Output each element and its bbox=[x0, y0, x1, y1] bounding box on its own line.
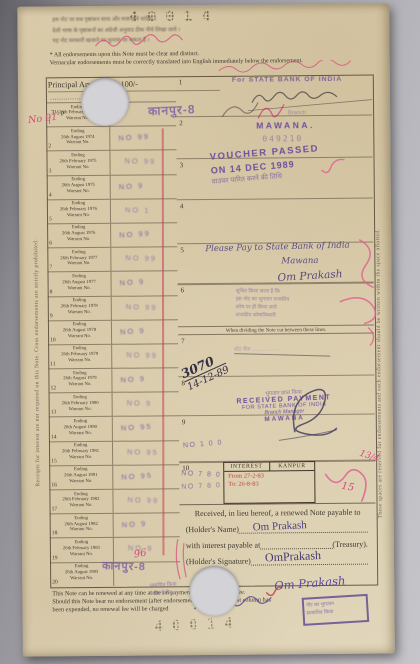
warrant-stamp-cell: NO 9 bbox=[111, 175, 177, 199]
kanpur8-stamp-bottom: कानपुर-8 bbox=[102, 558, 146, 574]
notice-line-2: Vernacular endorsements must be correctl… bbox=[50, 57, 386, 68]
endorsement-row: 4 bbox=[177, 199, 373, 245]
warrant-stamp-cell: NO 1 bbox=[111, 199, 177, 223]
branch-stamp: Branch bbox=[288, 110, 306, 116]
endorsement-row-number: 9 bbox=[182, 418, 186, 426]
row6-hindi-stamp: सूचित किया जाता है कि इस नोट का भुगतान र… bbox=[236, 287, 290, 320]
warrant-row: Ending 26th August 1974 Warrant No. 2 NO… bbox=[46, 125, 176, 150]
warrant-stamp-cell: NO 95 bbox=[113, 465, 179, 489]
warrant-row: Ending 26th February 1981 Warrant No. 15… bbox=[49, 440, 179, 465]
blh-2: जाता है कि bbox=[150, 589, 177, 598]
warrant-stamp-cell: NO 9 bbox=[112, 320, 178, 344]
warrant-no-label: Warrant No. bbox=[48, 310, 111, 316]
warrant-number: 16 bbox=[51, 482, 57, 489]
warrant-no-label: Warrant No. bbox=[48, 382, 111, 388]
no-stamp: NO 99 bbox=[126, 302, 158, 312]
warrant-no-label: Warrant No. bbox=[48, 358, 111, 364]
warrant-label: Ending 26th February 1982 Warrant No. 17 bbox=[49, 490, 113, 514]
endorsement-row-number: 2 bbox=[179, 119, 183, 127]
warrant-row: Ending 26th August 1982 Warrant No. 18 N… bbox=[50, 512, 180, 537]
interest-box-title: INTEREST bbox=[224, 462, 270, 470]
warrant-stamp-cell: NO 9 bbox=[112, 368, 178, 392]
notice-block: * All endorsements upon this Note must b… bbox=[50, 49, 386, 68]
no-stamp: NO 99 bbox=[118, 132, 150, 143]
received-line1: Received, in lieu hereof, a renewed Note… bbox=[180, 508, 376, 519]
warrant-number: 10 bbox=[50, 337, 56, 344]
warrant-no-label: Warrant No. bbox=[47, 213, 110, 219]
no-stamp: NO 95 bbox=[121, 422, 153, 433]
warrant-no-label: Warrant No. bbox=[48, 334, 111, 340]
row6-hindi-4: राजकीय कोषाधिकारी bbox=[236, 311, 289, 320]
warrant-number: 9 bbox=[50, 313, 53, 320]
warrant-label: Ending 26th August 1976 Warrant No. 6 bbox=[47, 224, 111, 248]
no-stamp: NO 99 bbox=[125, 253, 157, 263]
pink-mark-15: 15 bbox=[341, 481, 355, 494]
warrant-stamp-cell: NO 99 bbox=[112, 344, 178, 368]
warrant-no-label: Warrant No. bbox=[49, 406, 112, 412]
warrant-no-label: Warrant No. bbox=[50, 503, 113, 509]
warrant-number: 7 bbox=[49, 265, 52, 272]
no-stamp: NO 9 bbox=[119, 277, 145, 288]
warrant-stamp-cell: NO 99 bbox=[112, 296, 178, 320]
warrant-label: Ending 26th August 1981 Warrant No. 16 bbox=[49, 466, 113, 490]
no-stamp: NO 9 bbox=[121, 519, 147, 530]
warrant-number: 19 bbox=[52, 555, 58, 562]
warrant-label: Ending 26th February 1979 Warrant No. 11 bbox=[48, 345, 112, 369]
warrant-label: Ending 26th August 1975 Warrant No. 4 bbox=[47, 175, 111, 199]
hindi-header-block: इस नोट पर सब पृष्ठांकन साफ और स्पष्ट होन… bbox=[52, 14, 257, 48]
warrant-stamp-cell: NO 99 bbox=[110, 151, 176, 175]
pay-order-line2: Mawana bbox=[281, 256, 318, 266]
document-paper: 40014 इस नोट पर सब पृष्ठांकन साफ और स्पष… bbox=[17, 3, 395, 656]
warrant-row: Ending 26th August 1978 Warrant No. 10 N… bbox=[48, 319, 178, 344]
warrant-row: Ending 26th August 1977 Warrant No. 8 NO… bbox=[47, 271, 177, 296]
mawana-stamp: MAWANA. bbox=[256, 120, 315, 131]
endorsement-row-number: 1 bbox=[179, 78, 183, 86]
holder-signature-label: (Holder's Signature) bbox=[186, 557, 251, 567]
row7-faint-stamp: स्टेट बैंक …………… bbox=[234, 344, 279, 352]
no-stamp: NO 99 bbox=[124, 157, 156, 167]
no-stamp: NO 99 bbox=[127, 495, 159, 505]
warrant-label: Ending 26th August 1977 Warrant No. 8 bbox=[47, 272, 111, 296]
warrant-row: Ending 26th February 1975 Warrant No. 3 … bbox=[46, 150, 176, 175]
warrant-no-label: Warrant No. bbox=[46, 140, 109, 146]
warrant-number: 14 bbox=[51, 434, 57, 441]
warrant-number: 20 bbox=[52, 579, 58, 586]
no-stamp: NO 99 bbox=[126, 350, 158, 360]
warrant-no-label: Warrant No. bbox=[47, 189, 110, 195]
no-stamp: NO 9 bbox=[127, 399, 153, 409]
warrant-no-label: Warrant No. bbox=[48, 285, 111, 291]
warrant-row: Ending 26th February 1978 Warrant No. 9 … bbox=[48, 295, 178, 320]
warrant-number: 13 bbox=[51, 410, 57, 417]
left-margin-note: Receipts for interest are not required o… bbox=[32, 146, 41, 486]
no-stamp: NO 95 bbox=[127, 447, 159, 457]
warrant-stamp-cell: NO 9 bbox=[111, 272, 177, 296]
warrant-no-label: Warrant No. bbox=[47, 164, 110, 170]
warrant-number: 3 bbox=[49, 168, 52, 175]
warrant-number: 4 bbox=[49, 192, 52, 199]
warrant-label: Ending 26th August 1978 Warrant No. 10 bbox=[48, 321, 112, 345]
warrant-stamp-cell: NO 9 bbox=[113, 392, 179, 416]
warrant-label: Ending 26th August 1982 Warrant No. 18 bbox=[50, 514, 114, 538]
punch-hole-bottom bbox=[189, 566, 239, 616]
warrant-no-label: Warrant No. bbox=[50, 527, 113, 533]
warrant-row: Ending 26th February 1976 Warrant No. 5 … bbox=[47, 198, 177, 223]
holder-name-label: (Holder's Name) bbox=[186, 525, 239, 534]
warrant-number: 11 bbox=[50, 361, 55, 368]
no-stamp: NO 1 bbox=[125, 205, 151, 215]
kanpur-box-title: KANPUR bbox=[270, 462, 315, 470]
warrant-stamp-cell: NO 99 bbox=[113, 489, 179, 513]
warrant-row: Ending 26th February 1977 Warrant No. 7 … bbox=[47, 246, 177, 271]
bottom-left-hindi-stamp: प्रमाणित किया जाता है कि bbox=[150, 582, 177, 599]
warrant-number: 5 bbox=[49, 216, 52, 223]
warrant-label: Ending 26th February 1981 Warrant No. 15 bbox=[49, 441, 113, 465]
warrant-label: Ending 26th February 1977 Warrant No. 7 bbox=[47, 248, 111, 272]
warrant-label: Ending 26th August 1979 Warrant No. 12 bbox=[48, 369, 112, 393]
endorsement-row-number: 7 bbox=[181, 337, 185, 345]
warrant-number: 15 bbox=[51, 458, 57, 465]
holder-name-value: Om Prakash bbox=[253, 519, 308, 533]
warrant-no-label: Warrant No. bbox=[49, 431, 112, 437]
treasury-label: (Treasury). bbox=[332, 540, 368, 549]
photo-backdrop: 40014 इस नोट पर सब पृष्ठांकन साफ और स्पष… bbox=[0, 0, 420, 664]
no-stamp: NO 99 bbox=[119, 229, 151, 240]
no-stamp: NO 9 bbox=[120, 326, 146, 337]
warrant-number: 8 bbox=[50, 289, 53, 296]
for-sbi-stamp: For STATE BANK OF INDIA bbox=[232, 76, 342, 84]
serial-number-stamp: 049210 bbox=[262, 134, 303, 143]
warrant-label: Ending 26th February 1975 Warrant No. 3 bbox=[46, 151, 110, 175]
warrant-no-label: Warrant No. bbox=[47, 237, 110, 243]
warrant-row: Ending 26th August 1975 Warrant No. 4 NO… bbox=[47, 174, 177, 199]
endorsement-row-number: 3 bbox=[180, 161, 184, 169]
endorsement-row-number: 6 bbox=[181, 286, 185, 294]
warrant-no-label: Warrant No. bbox=[47, 261, 110, 267]
perforated-serial-bottom: 40014 bbox=[154, 615, 242, 635]
warrant-no-label: Warrant No. bbox=[49, 455, 112, 461]
interest-payable-label: with interest payable at bbox=[186, 541, 260, 551]
holder-signature-value: OmPrakash bbox=[264, 548, 321, 565]
warrant-number: 2 bbox=[48, 144, 51, 151]
warrant-stamp-cell: NO 95 bbox=[113, 441, 179, 465]
warrant-number: 18 bbox=[52, 531, 58, 538]
warrant-row: Ending 26th February 1979 Warrant No. 11… bbox=[48, 343, 178, 368]
warrant-label: Ending 26th August 1980 Warrant No. 14 bbox=[49, 417, 113, 441]
warrant-row: Ending 26th August 1981 Warrant No. 16 N… bbox=[49, 464, 179, 489]
warrant-stamp-cell: NO 9 bbox=[114, 513, 180, 537]
warrant-label: Ending 26th February 1980 Warrant No. 13 bbox=[49, 393, 113, 417]
warrant-table: Ending 26th February 1974 Warrant No. 1 … bbox=[46, 101, 180, 586]
warrant-number: 12 bbox=[50, 386, 56, 393]
bottom-boxed-stamp: नोट का भुगतान सत्यापित किया bbox=[302, 594, 370, 626]
warrant-no-label: Warrant No. bbox=[50, 551, 113, 557]
endorsement-row-number: 4 bbox=[180, 202, 184, 210]
received-payment-stamp: भुगतान प्राप्त किया RECEIVED PAYMENT FOR… bbox=[236, 386, 332, 424]
warrant-label: Ending 26th August 1974 Warrant No. 2 bbox=[46, 127, 110, 151]
no-stamp: NO 9 bbox=[120, 374, 146, 385]
endorsement-row-number: 5 bbox=[180, 246, 184, 254]
warrant-row: Ending 26th February 1980 Warrant No. 13… bbox=[49, 391, 179, 416]
warrant-number: 6 bbox=[49, 240, 52, 247]
warrant-label: Ending 26th February 1976 Warrant No. 5 bbox=[47, 200, 111, 224]
no-stamp: NO 9 bbox=[118, 180, 144, 191]
warrant-label: Ending 26th February 1978 Warrant No. 9 bbox=[48, 296, 112, 320]
interest-kanpur-box: INTEREST KANPUR From 27-2-83 To: 26-8-83 bbox=[223, 461, 315, 504]
warrant-number: 17 bbox=[52, 507, 58, 514]
no-stamp: NO 95 bbox=[121, 470, 153, 481]
warrant-no-label: Warrant No. bbox=[49, 479, 112, 485]
warrant-row: Ending 26th August 1976 Warrant No. 6 NO… bbox=[47, 222, 177, 247]
warrant-stamp-cell: NO 99 bbox=[111, 223, 177, 247]
warrant-row: Ending 26th August 1979 Warrant No. 12 N… bbox=[48, 367, 178, 392]
interest-to-date: To: 26-8-83 bbox=[224, 480, 314, 488]
warrant-stamp-cell: NO 99 bbox=[110, 126, 176, 150]
warrant-stamp-cell: NO 95 bbox=[113, 417, 179, 441]
punch-hole-top bbox=[81, 78, 129, 126]
hindi-line-3: यह नोट सरकारी खजाने पर भुनाया जा सकता है… bbox=[52, 35, 257, 47]
warrant-stamp-cell: NO 99 bbox=[111, 247, 177, 271]
warrant-row: Ending 26th February 1982 Warrant No. 17… bbox=[49, 488, 179, 513]
warrant-no-label: Warrant No. bbox=[50, 576, 113, 582]
warrant-row: Ending 26th August 1980 Warrant No. 14 N… bbox=[49, 416, 179, 441]
